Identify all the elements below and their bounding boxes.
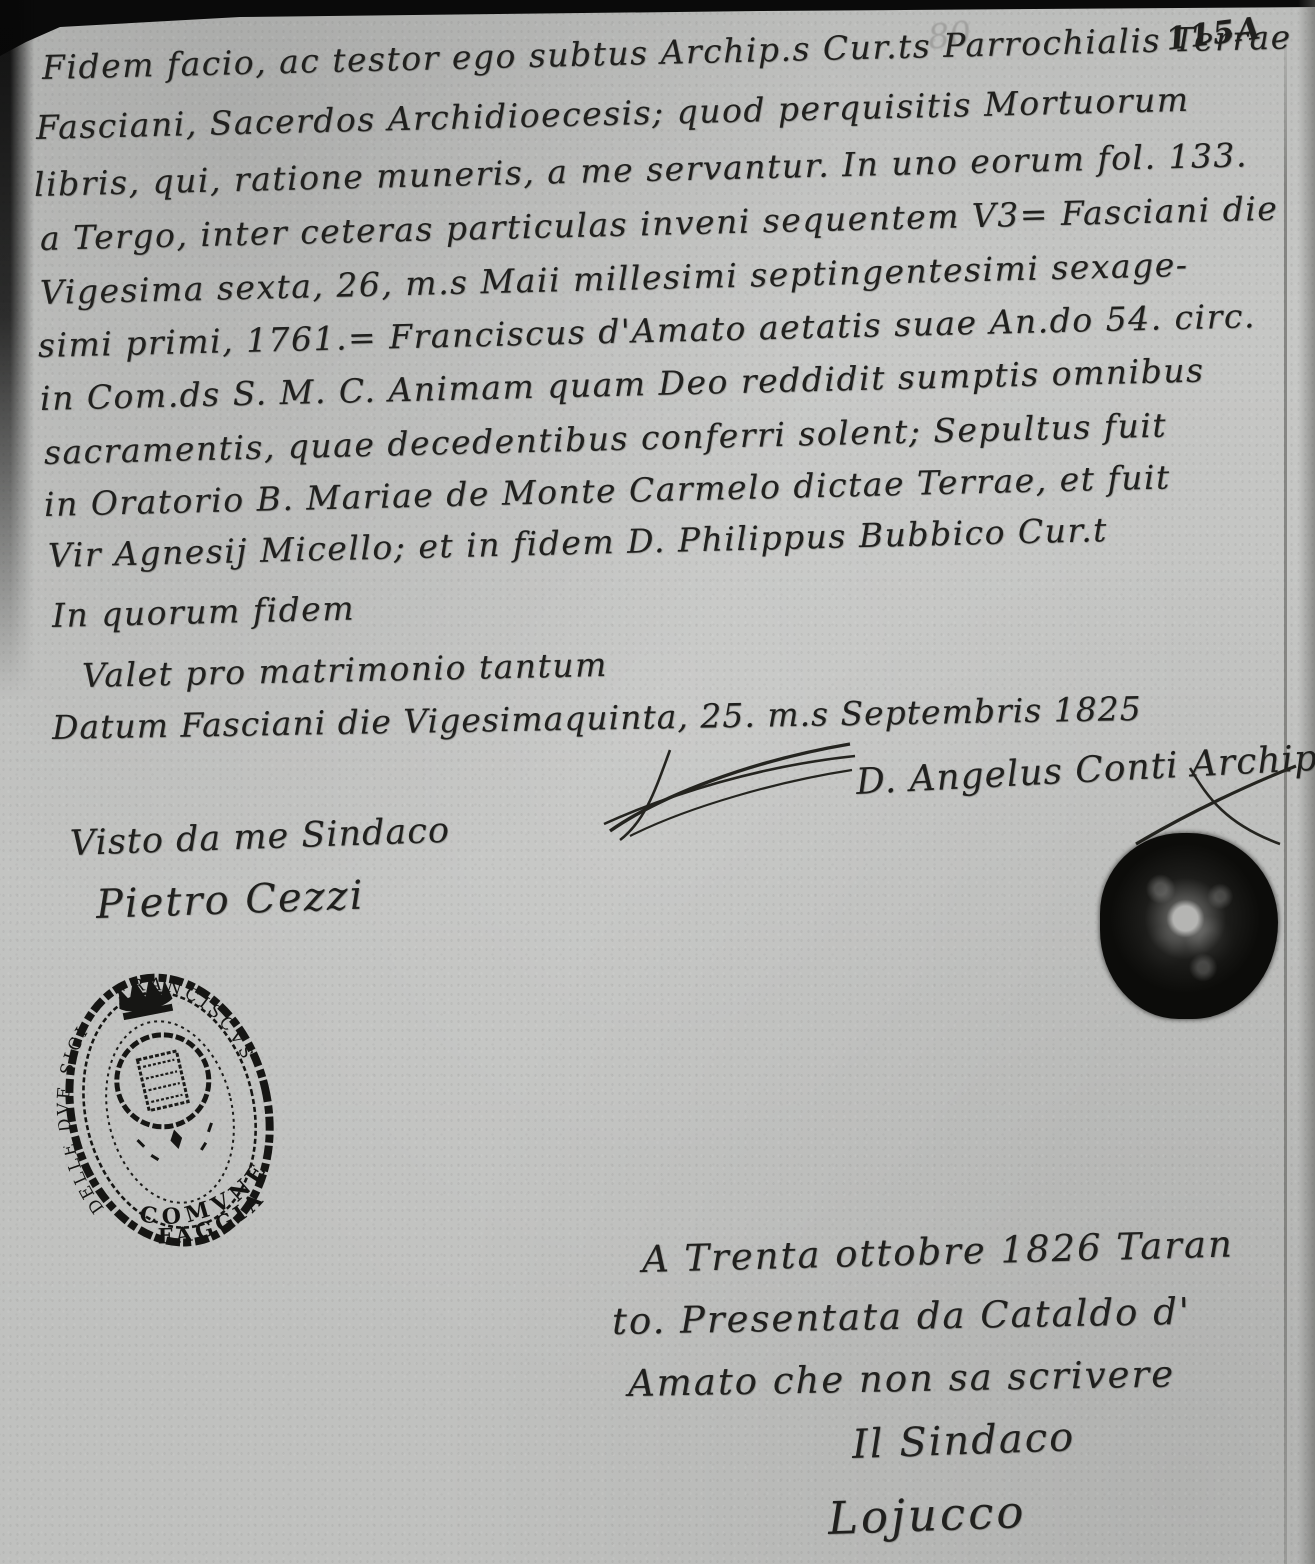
page-edge-right — [1298, 0, 1315, 1564]
mayor-signature: Pietro Cezzi — [95, 873, 365, 928]
scan-edge-left — [0, 0, 34, 700]
scanned-document-page: 80 115A Fidem facio, ac testor ego subtu… — [0, 0, 1315, 1564]
mayor-visa-label: Visto da me Sindaco — [69, 811, 450, 864]
dateline: Datum Fasciani die Vigesimaquinta, 25. m… — [52, 689, 1142, 747]
parish-seal — [1100, 833, 1278, 1019]
seal-ring-text-left: DELLE DVE SICILIE — [27, 964, 134, 1222]
signature-flourish — [600, 736, 860, 846]
annotation-signature: Lojucco — [827, 1485, 1027, 1545]
record-line: Fidem facio, ac testor ego subtus Archip… — [42, 17, 1293, 87]
annotation-line: Amato che non sa scrivere — [628, 1352, 1176, 1405]
svg-text:DELLE DVE SICILIE: DELLE DVE SICILIE — [27, 964, 134, 1222]
annotation-line: A Trenta ottobre 1826 Taran — [641, 1223, 1234, 1281]
validity-note: Valet pro matrimonio tantum — [82, 645, 609, 695]
record-line: Fasciani, Sacerdos Archidioecesis; quod … — [36, 80, 1190, 147]
annotation-line: to. Presentata da Cataldo d' — [612, 1290, 1192, 1343]
municipal-seal: DELLE DVE SICILIE FRANCISCVS I COMVNE DI… — [27, 941, 313, 1284]
annotation-office: Il Sindaco — [851, 1414, 1076, 1468]
closing-formula: In quorum fidem — [52, 589, 356, 635]
